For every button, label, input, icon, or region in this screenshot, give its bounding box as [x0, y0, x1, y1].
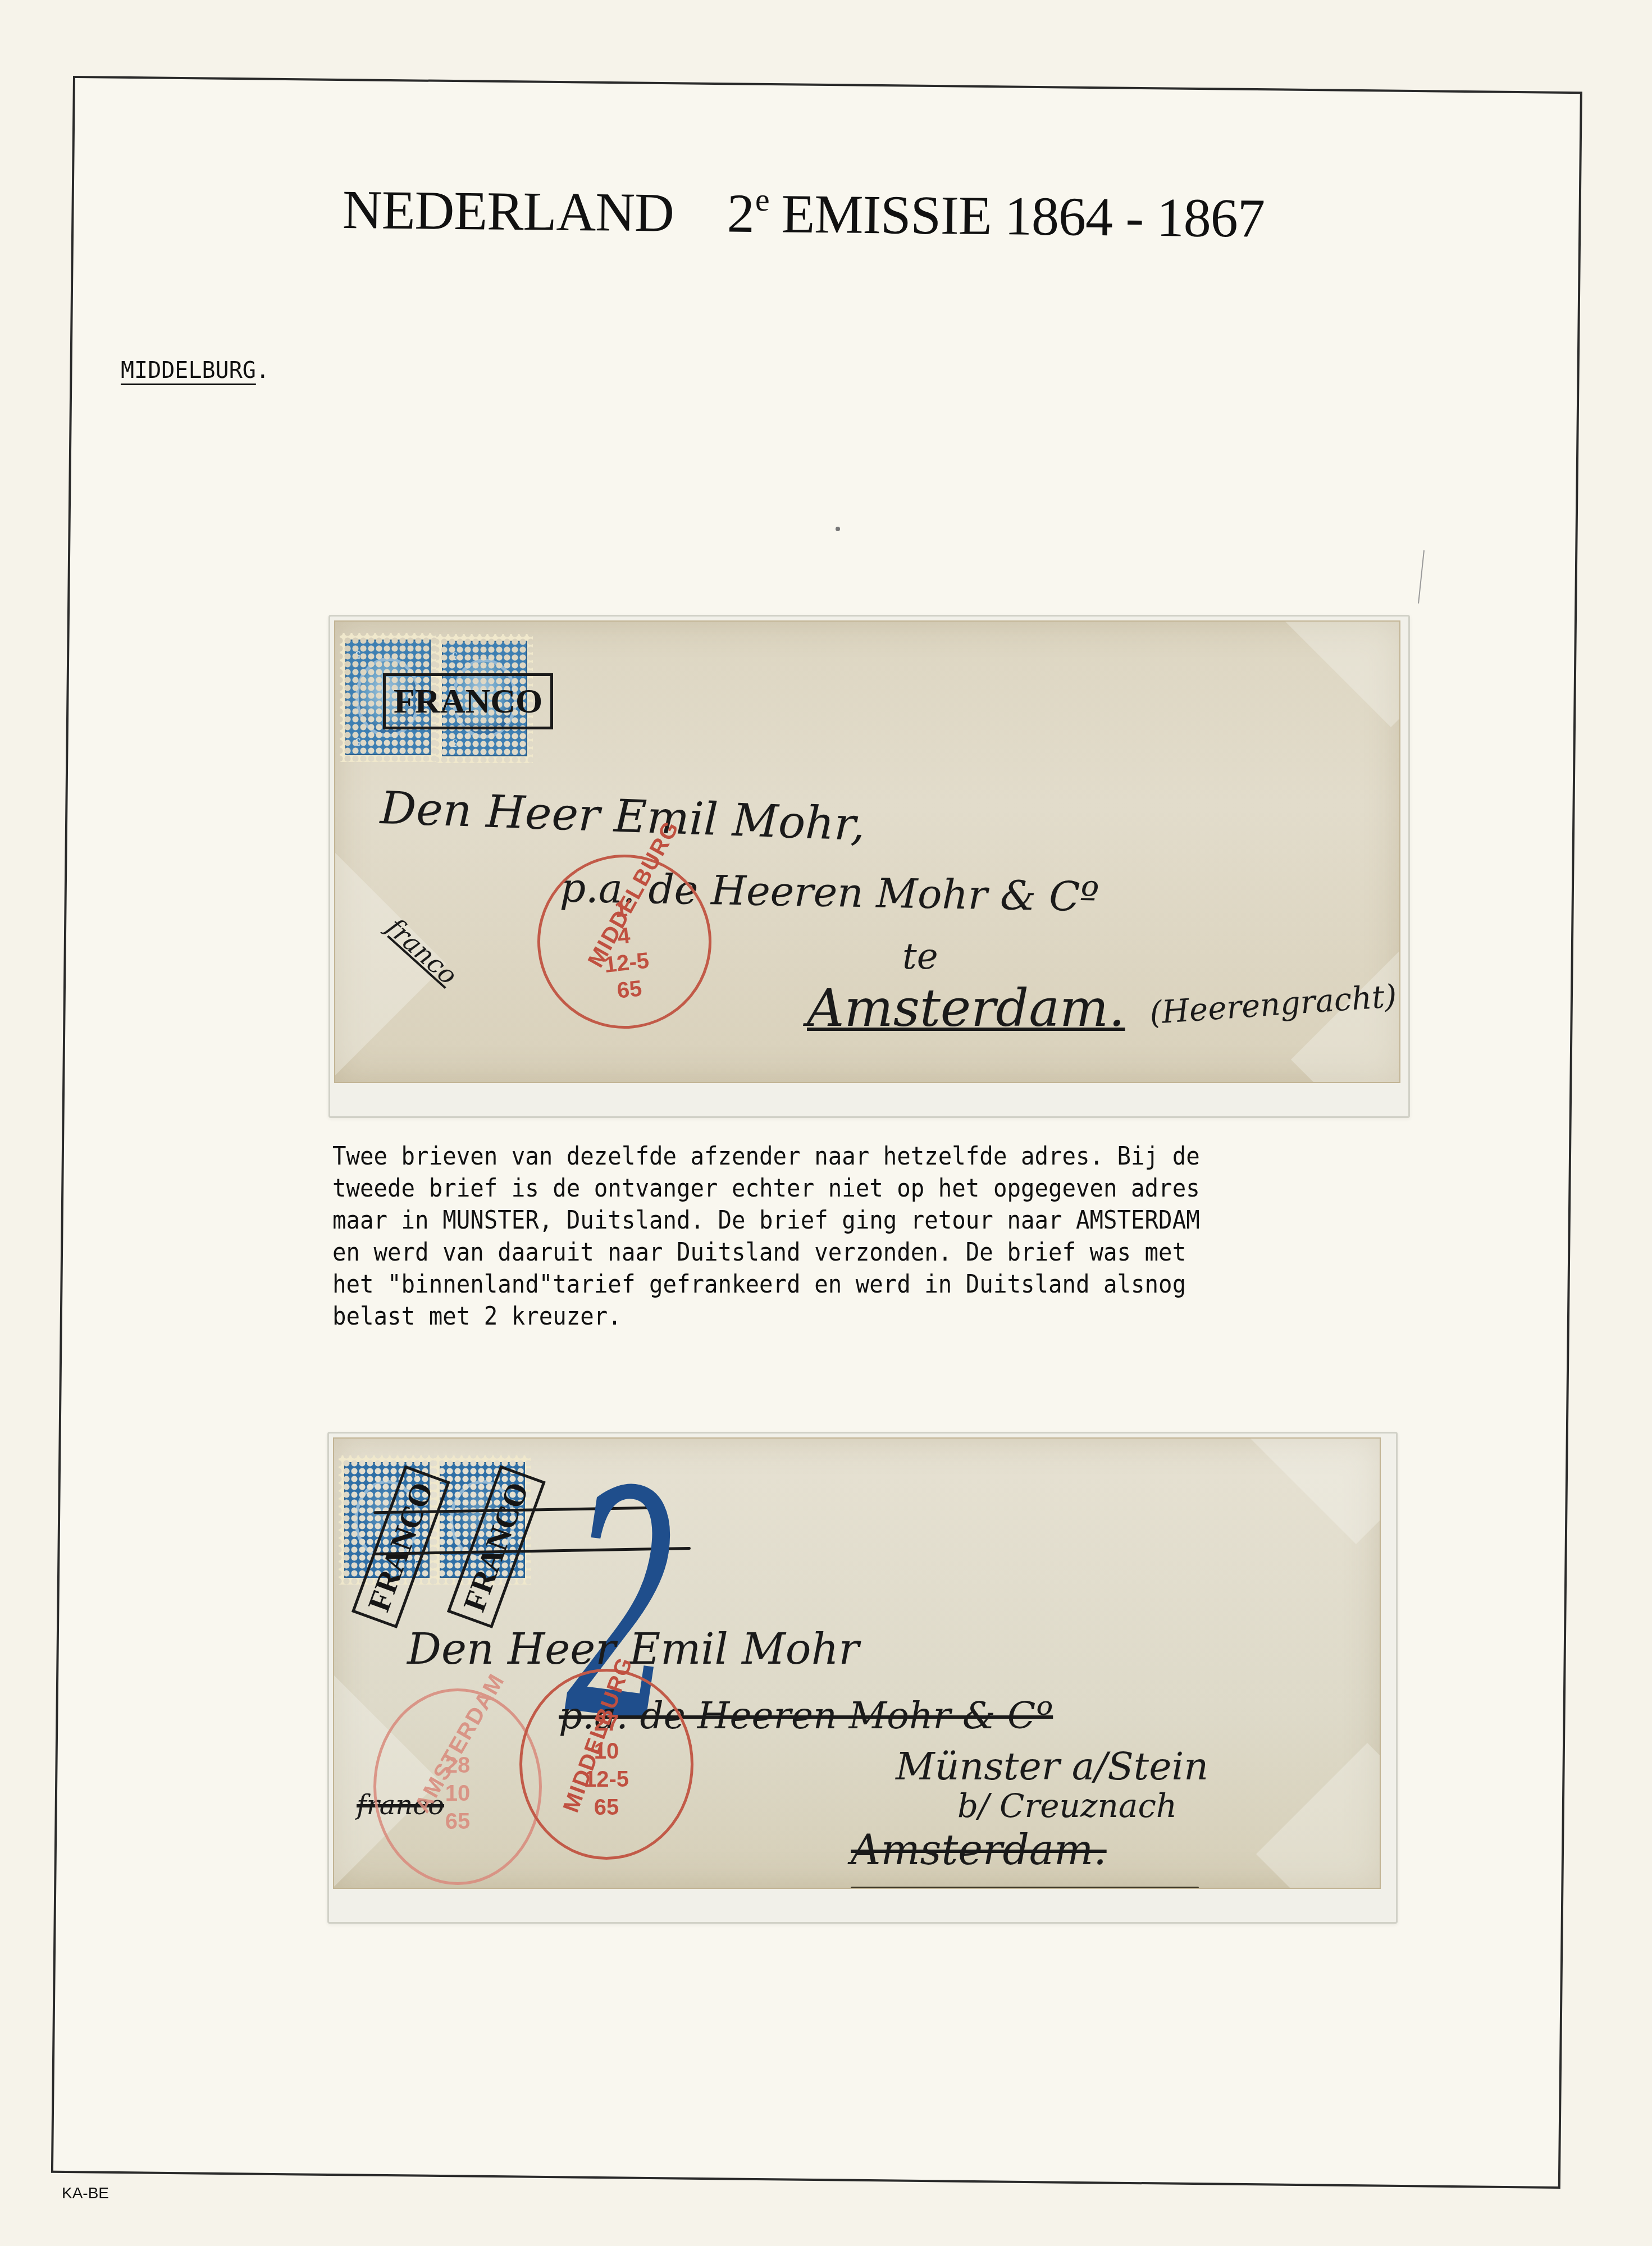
title-superscript: e: [755, 181, 769, 218]
paper-speck: [836, 527, 840, 531]
cover2-address-line5-struck: Amsterdam.: [851, 1826, 1107, 1874]
cover1-address-line4: Amsterdam.: [807, 978, 1125, 1038]
mount-corner: [1256, 1743, 1381, 1889]
title-number: 2: [727, 184, 754, 244]
cover1-franco-cancel: FRANCO: [383, 673, 553, 729]
mount-corner: [1245, 1437, 1381, 1544]
description-text: Twee brieven van dezelfde afzender naar …: [332, 1140, 1288, 1332]
footer-code: KA-BE: [62, 2184, 109, 2202]
cover2-underline: [851, 1887, 1199, 1889]
cover2-address-line3: Münster a/Stein: [896, 1745, 1208, 1789]
cover2-postmark-middelburg: MIDDELBURG 27 10 12-5 65: [519, 1669, 693, 1860]
section-label-text: MIDDELBURG: [121, 358, 256, 384]
page-title: NEDERLAND2eEMISSIE 1864 - 1867: [342, 177, 1265, 250]
description-line: maar in MUNSTER, Duitsland. De brief gin…: [332, 1204, 1288, 1236]
description-line: en werd van daaruit naar Duitsland verzo…: [332, 1236, 1288, 1268]
cover2-postmark-amsterdam: AMSTERDAM 28 10 65: [373, 1688, 542, 1885]
title-country: NEDERLAND: [342, 180, 674, 244]
description-line: belast met 2 kreuzer.: [332, 1300, 1288, 1332]
cover1-address-line1: Den Heer Emil Mohr,: [380, 782, 866, 851]
cover1-address-line3: te: [902, 936, 938, 978]
cover2-envelope: 5 5 5 5 FRANCO FRANCO 2 Den Heer Emil Mo…: [333, 1437, 1381, 1889]
mount-corner: [1280, 620, 1400, 727]
cover2-address-line4: b/ Creuznach: [957, 1787, 1177, 1825]
cover1-envelope: 5 5 5 5 FRANCO Den Heer Emil Mohr, p.a. …: [334, 620, 1400, 1083]
description-line: het "binnenland"tarief gefrankeerd en we…: [332, 1268, 1288, 1300]
title-rest: EMISSIE 1864 - 1867: [781, 184, 1265, 249]
section-label-suffix: .: [256, 358, 270, 384]
section-label: MIDDELBURG.: [121, 358, 270, 384]
description-line: Twee brieven van dezelfde afzender naar …: [332, 1140, 1288, 1172]
description-line: tweede brief is de ontvanger echter niet…: [332, 1172, 1288, 1204]
